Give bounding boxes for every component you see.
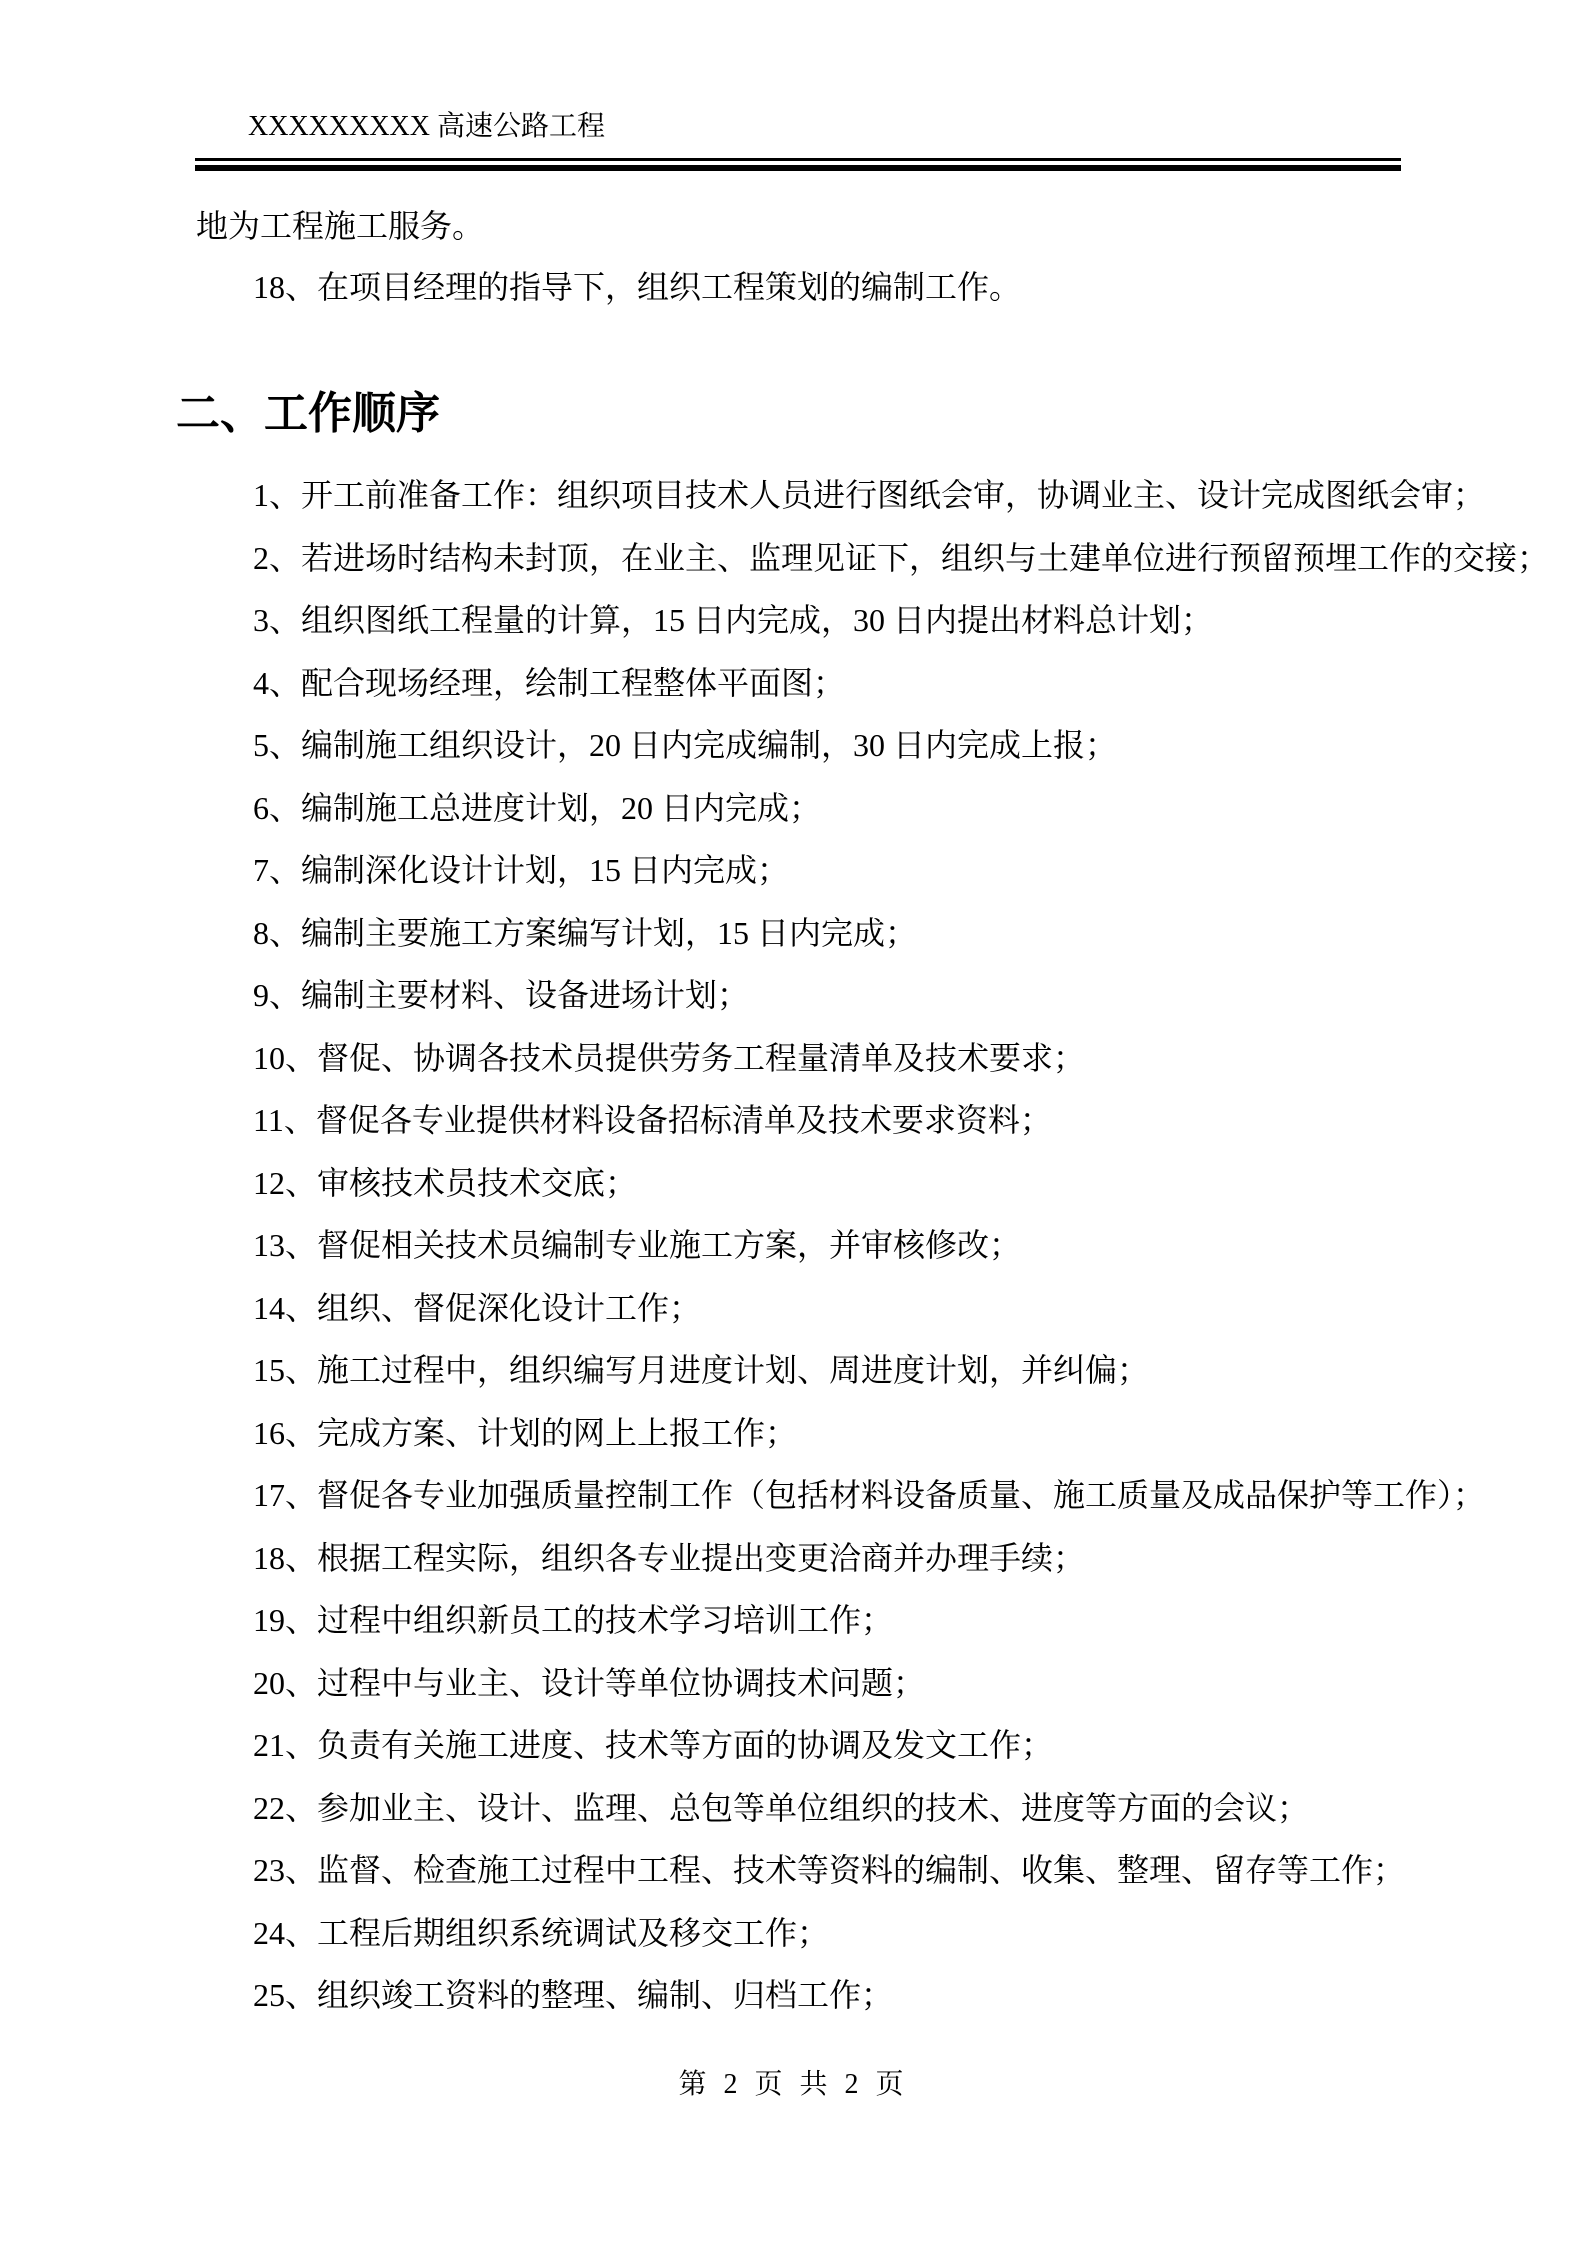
- work-item-list: 1、开工前准备工作：组织项目技术人员进行图纸会审，协调业主、设计完成图纸会审； …: [253, 464, 1503, 2027]
- work-item: 20、过程中与业主、设计等单位协调技术问题；: [253, 1652, 1503, 1715]
- work-item: 7、编制深化设计计划，15 日内完成；: [253, 839, 1503, 902]
- work-item: 6、编制施工总进度计划，20 日内完成；: [253, 777, 1503, 840]
- work-item: 21、负责有关施工进度、技术等方面的协调及发文工作；: [253, 1714, 1503, 1777]
- work-item: 9、编制主要材料、设备进场计划；: [253, 964, 1503, 1027]
- work-item: 8、编制主要施工方案编写计划，15 日内完成；: [253, 902, 1503, 965]
- header-rule: [195, 158, 1401, 171]
- work-item: 2、若进场时结构未封顶，在业主、监理见证下，组织与土建单位进行预留预埋工作的交接…: [253, 527, 1503, 590]
- work-item: 3、组织图纸工程量的计算，15 日内完成，30 日内提出材料总计划；: [253, 589, 1503, 652]
- work-item: 11、督促各专业提供材料设备招标清单及技术要求资料；: [253, 1089, 1503, 1152]
- page-number: 第 2 页 共 2 页: [678, 2069, 908, 2100]
- page-footer: 第 2 页 共 2 页: [0, 2062, 1587, 2102]
- work-item: 5、编制施工组织设计，20 日内完成编制，30 日内完成上报；: [253, 714, 1503, 777]
- header-title: XXXXXXXXX 高速公路工程: [248, 110, 605, 144]
- work-item: 14、组织、督促深化设计工作；: [253, 1277, 1503, 1340]
- work-item: 19、过程中组织新员工的技术学习培训工作；: [253, 1589, 1503, 1652]
- work-item: 23、监督、检查施工过程中工程、技术等资料的编制、收集、整理、留存等工作；: [253, 1839, 1503, 1902]
- document-page: XXXXXXXXX 高速公路工程 地为工程施工服务。 18、在项目经理的指导下，…: [0, 0, 1587, 2245]
- work-item: 13、督促相关技术员编制专业施工方案，并审核修改；: [253, 1214, 1503, 1277]
- work-item: 17、督促各专业加强质量控制工作（包括材料设备质量、施工质量及成品保护等工作）；: [253, 1464, 1503, 1527]
- work-item: 25、组织竣工资料的整理、编制、归档工作；: [253, 1964, 1503, 2027]
- work-item: 24、工程后期组织系统调试及移交工作；: [253, 1902, 1503, 1965]
- paragraph-continuation: 地为工程施工服务。: [196, 206, 484, 246]
- work-item: 12、审核技术员技术交底；: [253, 1152, 1503, 1215]
- work-item: 18、根据工程实际，组织各专业提出变更洽商并办理手续；: [253, 1527, 1503, 1590]
- work-item: 1、开工前准备工作：组织项目技术人员进行图纸会审，协调业主、设计完成图纸会审；: [253, 464, 1503, 527]
- paragraph-item-18: 18、在项目经理的指导下，组织工程策划的编制工作。: [253, 267, 1021, 307]
- work-item: 4、配合现场经理，绘制工程整体平面图；: [253, 652, 1503, 715]
- work-item: 16、完成方案、计划的网上上报工作；: [253, 1402, 1503, 1465]
- section-heading: 二、工作顺序: [176, 388, 440, 440]
- work-item: 10、督促、协调各技术员提供劳务工程量清单及技术要求；: [253, 1027, 1503, 1090]
- work-item: 15、施工过程中，组织编写月进度计划、周进度计划，并纠偏；: [253, 1339, 1503, 1402]
- work-item: 22、参加业主、设计、监理、总包等单位组织的技术、进度等方面的会议；: [253, 1777, 1503, 1840]
